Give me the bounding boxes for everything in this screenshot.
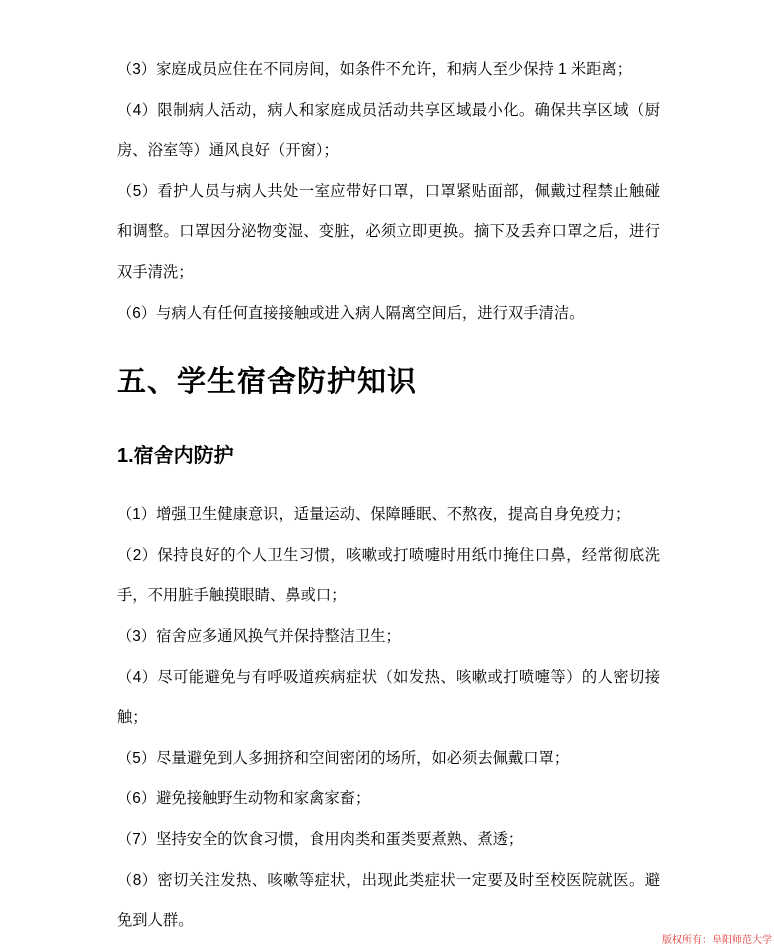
- paragraph-item-3: （3）家庭成员应住在不同房间，如条件不允许，和病人至少保持 1 米距离；: [117, 50, 660, 91]
- paragraph-line: （4）限制病人活动，病人和家庭成员活动共享区域最小化。确保共享区域（厨: [117, 91, 660, 132]
- document-page: （3）家庭成员应住在不同房间，如条件不允许，和病人至少保持 1 米距离； （4）…: [0, 0, 774, 952]
- home-care-section: （3）家庭成员应住在不同房间，如条件不允许，和病人至少保持 1 米距离； （4）…: [117, 50, 660, 334]
- copyright-watermark: 版权所有：阜阳师范大学: [662, 935, 772, 946]
- paragraph-line: （6）避免接触野生动物和家禽家畜；: [117, 779, 660, 820]
- dorm-item-4: （4）尽可能避免与有呼吸道疾病症状（如发热、咳嗽或打喷嚏等）的人密切接 触；: [117, 658, 660, 739]
- paragraph-line: 和调整。口罩因分泌物变湿、变脏，必须立即更换。摘下及丢弃口罩之后，进行: [117, 212, 660, 253]
- dorm-item-1: （1）增强卫生健康意识，适量运动、保障睡眠、不熬夜，提高自身免疫力；: [117, 495, 660, 536]
- dorm-protection-section: （1）增强卫生健康意识，适量运动、保障睡眠、不熬夜，提高自身免疫力； （2）保持…: [117, 495, 660, 942]
- paragraph-line: （7）坚持安全的饮食习惯，食用肉类和蛋类要煮熟、煮透；: [117, 820, 660, 861]
- paragraph-line: （6）与病人有任何直接接触或进入病人隔离空间后，进行双手清洁。: [117, 294, 660, 335]
- dorm-item-3: （3）宿舍应多通风换气并保持整洁卫生；: [117, 617, 660, 658]
- paragraph-item-4: （4）限制病人活动，病人和家庭成员活动共享区域最小化。确保共享区域（厨 房、浴室…: [117, 91, 660, 172]
- paragraph-line: （1）增强卫生健康意识，适量运动、保障睡眠、不熬夜，提高自身免疫力；: [117, 495, 660, 536]
- subsection-heading: 1.宿舍内防护: [117, 444, 660, 468]
- paragraph-line: 双手清洗；: [117, 253, 660, 294]
- paragraph-line: （5）尽量避免到人多拥挤和空间密闭的场所，如必须去佩戴口罩；: [117, 739, 660, 780]
- dorm-item-7: （7）坚持安全的饮食习惯，食用肉类和蛋类要煮熟、煮透；: [117, 820, 660, 861]
- paragraph-item-5: （5）看护人员与病人共处一室应带好口罩，口罩紧贴面部，佩戴过程禁止触碰 和调整。…: [117, 172, 660, 294]
- dorm-item-6: （6）避免接触野生动物和家禽家畜；: [117, 779, 660, 820]
- paragraph-line: 手，不用脏手触摸眼睛、鼻或口；: [117, 576, 660, 617]
- dorm-item-2: （2）保持良好的个人卫生习惯，咳嗽或打喷嚏时用纸巾掩住口鼻，经常彻底洗 手，不用…: [117, 536, 660, 617]
- dorm-item-8: （8）密切关注发热、咳嗽等症状，出现此类症状一定要及时至校医院就医。避 免到人群…: [117, 861, 660, 942]
- paragraph-line: 房、浴室等）通风良好（开窗）；: [117, 131, 660, 172]
- paragraph-line: （3）家庭成员应住在不同房间，如条件不允许，和病人至少保持 1 米距离；: [117, 50, 660, 91]
- section-heading: 五、学生宿舍防护知识: [117, 365, 660, 400]
- paragraph-line: （8）密切关注发热、咳嗽等症状，出现此类症状一定要及时至校医院就医。避: [117, 861, 660, 902]
- dorm-item-5: （5）尽量避免到人多拥挤和空间密闭的场所，如必须去佩戴口罩；: [117, 739, 660, 780]
- paragraph-item-6: （6）与病人有任何直接接触或进入病人隔离空间后，进行双手清洁。: [117, 294, 660, 335]
- paragraph-line: 触；: [117, 698, 660, 739]
- paragraph-line: （4）尽可能避免与有呼吸道疾病症状（如发热、咳嗽或打喷嚏等）的人密切接: [117, 658, 660, 699]
- paragraph-line: 免到人群。: [117, 901, 660, 942]
- paragraph-line: （2）保持良好的个人卫生习惯，咳嗽或打喷嚏时用纸巾掩住口鼻，经常彻底洗: [117, 536, 660, 577]
- paragraph-line: （3）宿舍应多通风换气并保持整洁卫生；: [117, 617, 660, 658]
- paragraph-line: （5）看护人员与病人共处一室应带好口罩，口罩紧贴面部，佩戴过程禁止触碰: [117, 172, 660, 213]
